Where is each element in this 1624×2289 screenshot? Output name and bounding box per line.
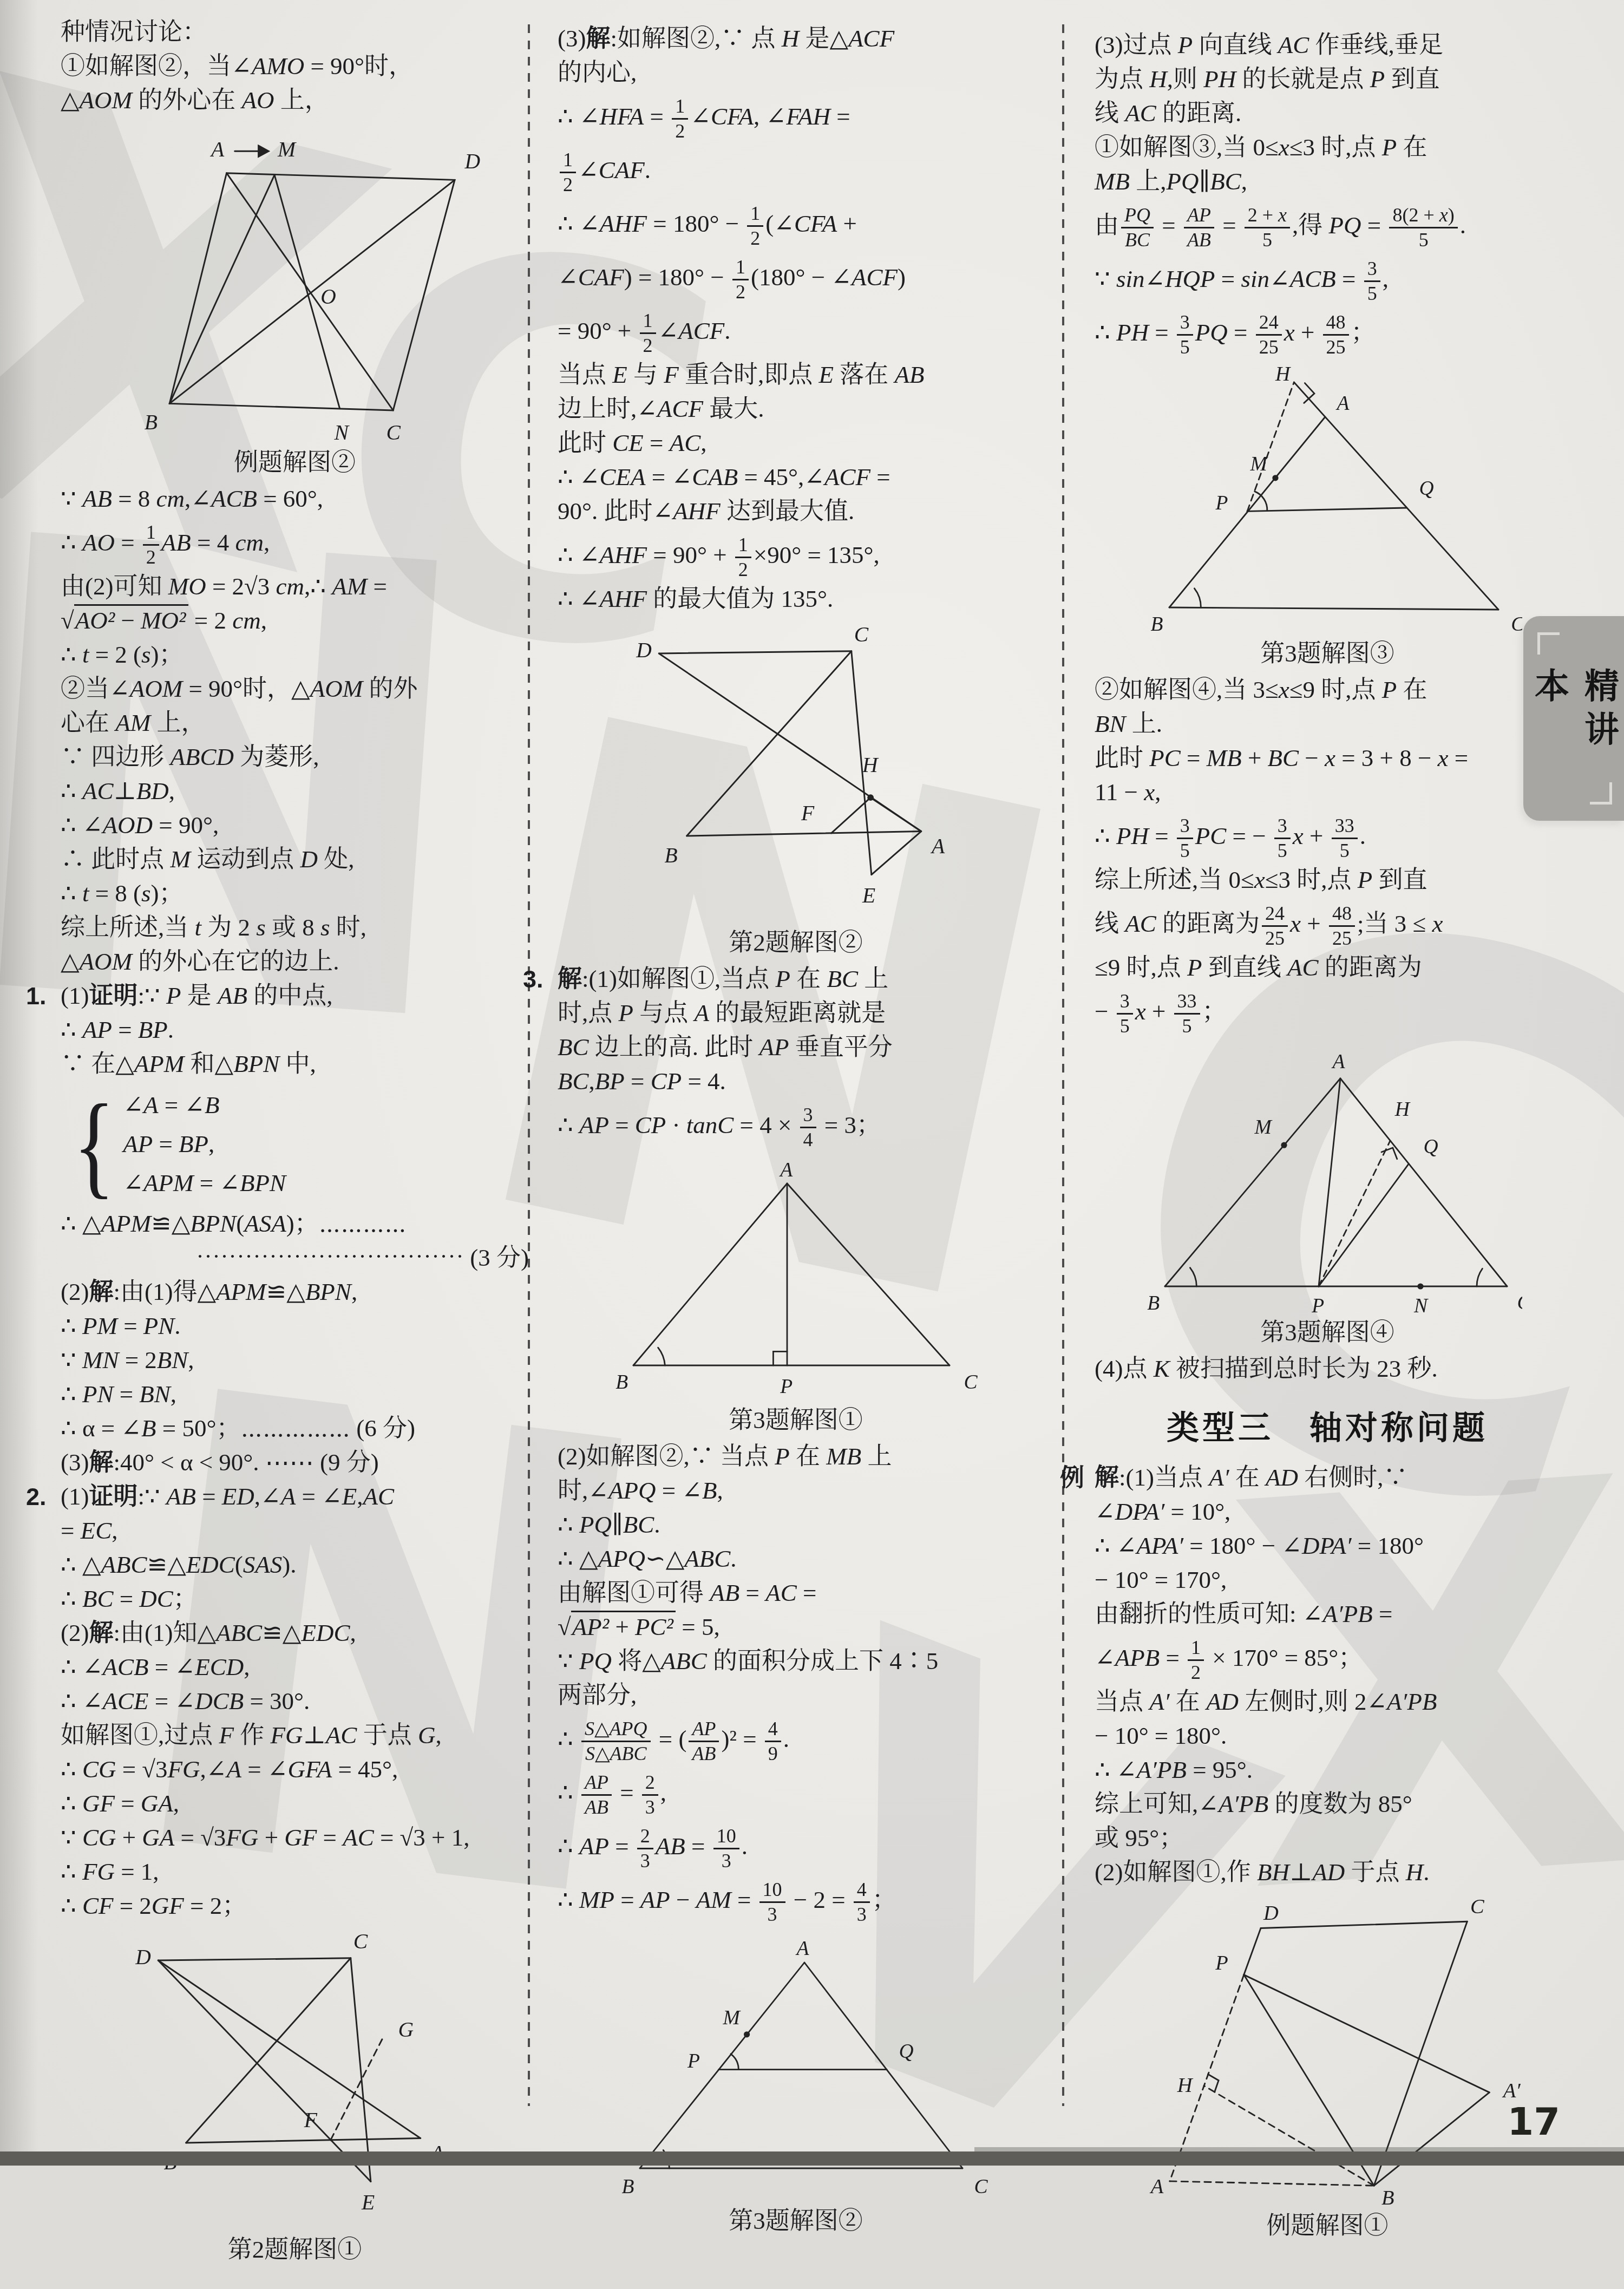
text-line: 由翻折的性质可知: ∠A′PB = xyxy=(1095,1597,1560,1631)
point-label: A′ xyxy=(1502,2079,1521,2102)
point-label: B xyxy=(144,410,157,434)
text-line: √AP² + PC² = 5, xyxy=(558,1610,1034,1644)
point-label: P xyxy=(780,1375,793,1398)
figure-problem3-sol1: ABPC xyxy=(601,1157,991,1400)
text-line: ∵ CG + GA = √3FG + GF = AC = √3 + 1, xyxy=(61,1821,529,1855)
text-line: 3.解:(1)如解图①,当点 P 在 BC 上 xyxy=(558,962,1034,996)
figure-caption: 第2题解图② xyxy=(558,926,1034,959)
text-line: 由解图①可得 AB = AC = xyxy=(558,1576,1034,1610)
point-label: E xyxy=(862,884,875,907)
text-line: = EC, xyxy=(61,1514,529,1548)
point-label: M xyxy=(1254,1116,1273,1139)
point-label: P xyxy=(1215,492,1228,514)
text-line: ∴ ∠AHF = 180° − 12(∠CFA + xyxy=(558,197,1034,251)
text-line: 心在 AM 上， xyxy=(61,706,529,740)
text-line: ∴ BC = DC； xyxy=(61,1582,529,1616)
text-line: (2)如解图②,∵ 当点 P 在 MB 上 xyxy=(558,1440,1034,1474)
point-label: M xyxy=(277,138,296,161)
text-line: 两部分, xyxy=(558,1678,1034,1712)
text-line: 时,点 P 与点 A 的最短距离就是 xyxy=(558,996,1034,1030)
text-line: ∴ ∠ACE = ∠DCB = 30°. xyxy=(61,1684,529,1718)
figure: AMHQBPNC 第3题解图④ xyxy=(1095,1044,1560,1349)
text-line: ∴ PH = 35PC = − 35x + 335. xyxy=(1095,809,1560,863)
text-line: ∴ AP = BP. xyxy=(61,1013,529,1047)
text-line: △AOM 的外心在它的边上. xyxy=(61,945,529,979)
figure-problem3-sol3: HAMPQBC xyxy=(1132,365,1522,633)
text-line: (2)如解图①,作 BH⊥AD 于点 H. xyxy=(1095,1855,1560,1889)
text-line: √AO² − MO² = 2 cm, xyxy=(61,604,529,638)
figure-example-fold: DCPHABA′ xyxy=(1127,1895,1528,2166)
figure: DCHFBAE 第2题解图② xyxy=(558,622,1034,959)
text-line: 此时 PC = MB + BC − x = 3 + 8 − x = xyxy=(1095,741,1560,775)
point-label: P xyxy=(1215,1952,1228,1974)
point-label: C xyxy=(1511,613,1522,633)
point-label: O xyxy=(320,285,336,309)
text-line: 时,∠APQ = ∠B, xyxy=(558,1474,1034,1508)
text-line: (2)解:由(1)知△ABC≌△EDC, xyxy=(61,1616,529,1650)
text-line: 如解图①,过点 F 作 FG⊥AC 于点 G, xyxy=(61,1718,529,1752)
column-separator-right xyxy=(1062,24,1064,2106)
text-line: = 90° + 12∠ACF. xyxy=(558,304,1034,358)
edge-tab: 精讲本 xyxy=(1523,616,1624,821)
figure-problem2-sol1: DCGFBAE xyxy=(89,1928,501,2166)
text-line: BC,BP = CP = 4. xyxy=(558,1064,1034,1098)
text-line: ∴ AP = 23AB = 103. xyxy=(558,1820,1034,1873)
point-label: D xyxy=(636,638,652,662)
text-line: ∠APB = 12 × 170° = 85°； xyxy=(1095,1631,1560,1685)
point-label: M xyxy=(1250,453,1269,475)
point-label: M xyxy=(723,2006,742,2029)
point-label: N xyxy=(1413,1294,1429,1312)
text-line: ∴ ∠AHF 的最大值为 135°. xyxy=(558,582,1034,616)
text-line: − 10° = 180°. xyxy=(1095,1719,1560,1753)
text-line: ∴ AC⊥BD, xyxy=(61,774,529,808)
text-line: 90°. 此时∠AHF 达到最大值. xyxy=(558,494,1034,528)
text-line: ②当∠AOM = 90°时，△AOM 的外 xyxy=(61,672,529,706)
text-line: ∴ GF = GA, xyxy=(61,1787,529,1821)
text-line: ∵ AB = 8 cm,∠ACB = 60°, xyxy=(61,482,529,516)
figure: DCGFBAE 第2题解图① xyxy=(61,1928,529,2166)
point-label: B xyxy=(615,1371,628,1394)
text-line: ∴ APAB = 23, xyxy=(558,1766,1034,1820)
point-label: Q xyxy=(1424,1135,1438,1158)
figure-caption: 第3题解图④ xyxy=(1095,1316,1560,1349)
point-label: C xyxy=(353,1930,368,1953)
figure-problem3-sol4: AMHQBPNC xyxy=(1132,1044,1522,1312)
page-number: 17 xyxy=(1508,2100,1560,2144)
equation-line: ∠A = ∠B xyxy=(123,1085,286,1124)
point-label: Q xyxy=(899,2040,913,2063)
text-line: 的内心, xyxy=(558,56,1034,90)
text-line: ∴ AP = CP · tanC = 4 × 34 = 3； xyxy=(558,1098,1034,1152)
item-marker: 例 xyxy=(1060,1461,1084,1495)
text-line: ∴ PQ∥BC. xyxy=(558,1508,1034,1542)
point-label: C xyxy=(1470,1895,1485,1918)
figure-problem2-sol2: DCHFBAE xyxy=(590,622,1001,923)
text-line: ∴ PH = 35PQ = 2425x + 4825； xyxy=(1095,306,1560,359)
text-line: ∴ ∠AOD = 90°, xyxy=(61,808,529,842)
point-label: C xyxy=(1517,1291,1522,1312)
point-label: G xyxy=(398,2018,414,2042)
page: XCNNCNVX 种情况讨论：①如解图②，当∠AMO = 90°时，△AOM 的… xyxy=(0,0,1624,2166)
text-line: ∴ PM = PN. xyxy=(61,1309,529,1343)
text-line: ∴ △APQ∽△ABC. xyxy=(558,1542,1034,1576)
point-label: A xyxy=(209,138,224,161)
text-line: △AOM 的外心在 AO 上， xyxy=(61,83,529,117)
column-right: (3)过点 P 向直线 AC 作垂线,垂足为点 H,则 PH 的长就是点 P 到… xyxy=(1095,28,1560,2166)
figure-caption: 第3题解图③ xyxy=(1095,637,1560,670)
figure-problem3-sol2: AMPQBC xyxy=(601,1932,991,2166)
text-line: ∴ MP = AP − AM = 103 − 2 = 43； xyxy=(558,1873,1034,1927)
text-line: 2.(1)证明:∵ AB = ED,∠A = ∠E,AC xyxy=(61,1480,529,1514)
equation-system: {∠A = ∠BAP = BP,∠APM = ∠BPN xyxy=(66,1085,529,1202)
point-label: A xyxy=(1335,392,1350,415)
text-line: 综上所述,当 0≤x≤3 时,点 P 到直 xyxy=(1095,863,1560,897)
equation-line: AP = BP, xyxy=(123,1124,286,1163)
text-line: (3)过点 P 向直线 AC 作垂线,垂足 xyxy=(1095,28,1560,62)
point-label: B xyxy=(1151,613,1163,633)
photo-left-edge xyxy=(0,0,38,2166)
figure: AMPQBC 第3题解图② xyxy=(558,1932,1034,2166)
text-line: 11 − x, xyxy=(1095,775,1560,809)
text-line: 为点 H,则 PH 的长就是点 P 到直 xyxy=(1095,62,1560,96)
point-label: H xyxy=(862,753,879,777)
point-label: A xyxy=(930,834,945,858)
point-label: P xyxy=(1311,1294,1324,1312)
photo-bottom-edge xyxy=(0,2151,1624,2166)
figure-rhombus-ABCD-example2: AMDOBNC xyxy=(89,123,501,442)
text-line: ∴ AO = 12AB = 4 cm, xyxy=(61,516,529,570)
text-line: 综上可知,∠A′PB 的度数为 85° xyxy=(1095,1787,1560,1821)
text-line: ①如解图②，当∠AMO = 90°时， xyxy=(61,49,529,83)
text-line: − 35x + 335； xyxy=(1095,985,1560,1038)
brace: { xyxy=(73,1086,115,1202)
text-line: ∴ FG = 1, xyxy=(61,1855,529,1889)
item-marker: 2. xyxy=(26,1480,47,1514)
point-label: N xyxy=(333,421,350,442)
edge-tab-label: 精讲本 xyxy=(1524,668,1623,770)
text-line: (2)解:由(1)得△APM≌△BPN, xyxy=(61,1275,529,1309)
text-line: ①如解图③,当 0≤x≤3 时,点 P 在 xyxy=(1095,130,1560,165)
text-line: ②如解图④,当 3≤x≤9 时,点 P 在 xyxy=(1095,673,1560,707)
point-label: D xyxy=(464,149,480,173)
text-line: ∴ ∠APA′ = 180° − ∠DPA′ = 180° xyxy=(1095,1529,1560,1563)
text-line: ∴ 此时点 M 运动到点 D 处, xyxy=(61,842,529,877)
item-marker: 1. xyxy=(26,979,47,1013)
section-heading: 类型三 轴对称问题 xyxy=(1095,1402,1560,1449)
text-line: ⋯⋯⋯⋯⋯⋯⋯⋯⋯⋯⋯ (3 分) xyxy=(61,1241,529,1275)
text-line: 种情况讨论： xyxy=(61,15,529,49)
text-line: 由PQBC = APAB = 2 + x5,得 PQ = 8(2 + x)5. xyxy=(1095,199,1560,252)
point-label: Q xyxy=(1419,477,1434,500)
text-line: (3)解:如解图②,∵ 点 H 是△ACF xyxy=(558,22,1034,56)
text-line: 此时 CE = AC, xyxy=(558,426,1034,460)
text-line: 或 95°； xyxy=(1095,1821,1560,1855)
text-line: ∴ S△APQS△ABC = (APAB)² = 49. xyxy=(558,1712,1034,1766)
text-line: ∴ CF = 2GF = 2； xyxy=(61,1889,529,1923)
text-line: ∵ 在△APM 和△BPN 中, xyxy=(61,1047,529,1081)
item-marker: 3. xyxy=(523,962,543,996)
column-left: 种情况讨论：①如解图②，当∠AMO = 90°时，△AOM 的外心在 AO 上，… xyxy=(61,15,529,2166)
point-label: F xyxy=(303,2108,317,2132)
text-line: 当点 E 与 F 重合时,即点 E 落在 AB xyxy=(558,358,1034,392)
point-label: C xyxy=(854,623,869,646)
text-line: 例解:(1)当点 A′ 在 AD 右侧时,∵ xyxy=(1095,1461,1560,1495)
point-label: H xyxy=(1275,365,1291,385)
text-line: ∠DPA′ = 10°, xyxy=(1095,1495,1560,1529)
point-label: A xyxy=(1331,1050,1346,1073)
text-line: 边上时,∠ACF 最大. xyxy=(558,392,1034,426)
text-line: ∴ α = ∠B = 50°；⋯⋯⋯⋯⋯ (6 分) xyxy=(61,1411,529,1446)
text-line: 由(2)可知 MO = 2√3 cm,∴ AM = xyxy=(61,570,529,604)
point-label: H xyxy=(1394,1098,1411,1121)
point-label: C xyxy=(964,1371,978,1394)
figure: DCPHABA′ 例题解图① xyxy=(1095,1895,1560,2166)
text-line: 线 AC 的距离. xyxy=(1095,96,1560,130)
text-line: (3)解:40° < α < 90°. ⋯⋯ (9 分) xyxy=(61,1446,529,1480)
point-label: F xyxy=(801,801,815,825)
point-label: A xyxy=(795,1937,810,1960)
text-line: − 10° = 170°, xyxy=(1095,1563,1560,1597)
text-line: ≤9 时,点 P 到直线 AC 的距离为 xyxy=(1095,951,1560,985)
text-line: ∴ CG = √3FG,∠A = ∠GFA = 45°, xyxy=(61,1752,529,1787)
figure: HAMPQBC 第3题解图③ xyxy=(1095,365,1560,670)
text-line: ∴ ∠ACB = ∠ECD, xyxy=(61,1650,529,1684)
text-line: 1.(1)证明:∵ P 是 AB 的中点, xyxy=(61,979,529,1013)
text-line: ∠CAF) = 180° − 12(180° − ∠ACF) xyxy=(558,251,1034,304)
point-label: D xyxy=(1263,1902,1279,1925)
text-line: ∴ △APM≌△BPN(ASA)；⋯⋯⋯⋯ xyxy=(61,1207,529,1241)
equation-line: ∠APM = ∠BPN xyxy=(123,1163,286,1202)
text-line: ∴ ∠AHF = 90° + 12×90° = 135°, xyxy=(558,528,1034,582)
text-line: ∴ t = 8 (s)； xyxy=(61,877,529,911)
point-label: D xyxy=(135,1945,151,1969)
text-line: ∴ ∠CEA = ∠CAB = 45°,∠ACF = xyxy=(558,460,1034,494)
point-label: H xyxy=(1177,2074,1194,2097)
point-label: B xyxy=(664,843,677,867)
text-line: ∴ ∠HFA = 12∠CFA, ∠FAH = xyxy=(558,90,1034,143)
text-line: ∴ △ABC≌△EDC(SAS). xyxy=(61,1548,529,1582)
text-line: 12∠CAF. xyxy=(558,143,1034,197)
text-line: ∴ PN = BN, xyxy=(61,1377,529,1411)
text-line: (4)点 K 被扫描到总时长为 23 秒. xyxy=(1095,1352,1560,1386)
point-label: B xyxy=(1147,1292,1160,1312)
text-line: 综上所述,当 t 为 2 s 或 8 s 时, xyxy=(61,911,529,945)
figure: AMDOBNC 例题解图② xyxy=(61,123,529,479)
text-line: ∵ 四边形 ABCD 为菱形, xyxy=(61,740,529,774)
text-line: ∵ sin∠HQP = sin∠ACB = 35, xyxy=(1095,252,1560,306)
text-line: 线 AC 的距离为2425x + 4825;当 3 ≤ x xyxy=(1095,897,1560,951)
figure: ABPC 第3题解图① xyxy=(558,1157,1034,1436)
text-line: 当点 A′ 在 AD 左侧时,则 2∠A′PB xyxy=(1095,1685,1560,1719)
text-line: ∵ PQ 将△ABC 的面积分成上下 4∶5 xyxy=(558,1644,1034,1678)
point-label: A xyxy=(778,1159,793,1181)
point-label: C xyxy=(386,421,401,442)
figure-caption: 例题解图② xyxy=(61,446,529,479)
column-middle: (3)解:如解图②,∵ 点 H 是△ACF的内心,∴ ∠HFA = 12∠CFA… xyxy=(558,22,1034,2166)
text-line: BC 边上的高. 此时 AP 垂直平分 xyxy=(558,1030,1034,1064)
text-line: MB 上,PQ∥BC, xyxy=(1095,165,1560,199)
text-line: ∴ t = 2 (s)； xyxy=(61,638,529,672)
text-line: BN 上. xyxy=(1095,707,1560,741)
text-line: ∴ ∠A′PB = 95°. xyxy=(1095,1753,1560,1787)
text-line: ∵ MN = 2BN, xyxy=(61,1343,529,1377)
point-label: P xyxy=(687,2050,700,2072)
figure-caption: 第3题解图① xyxy=(558,1404,1034,1436)
